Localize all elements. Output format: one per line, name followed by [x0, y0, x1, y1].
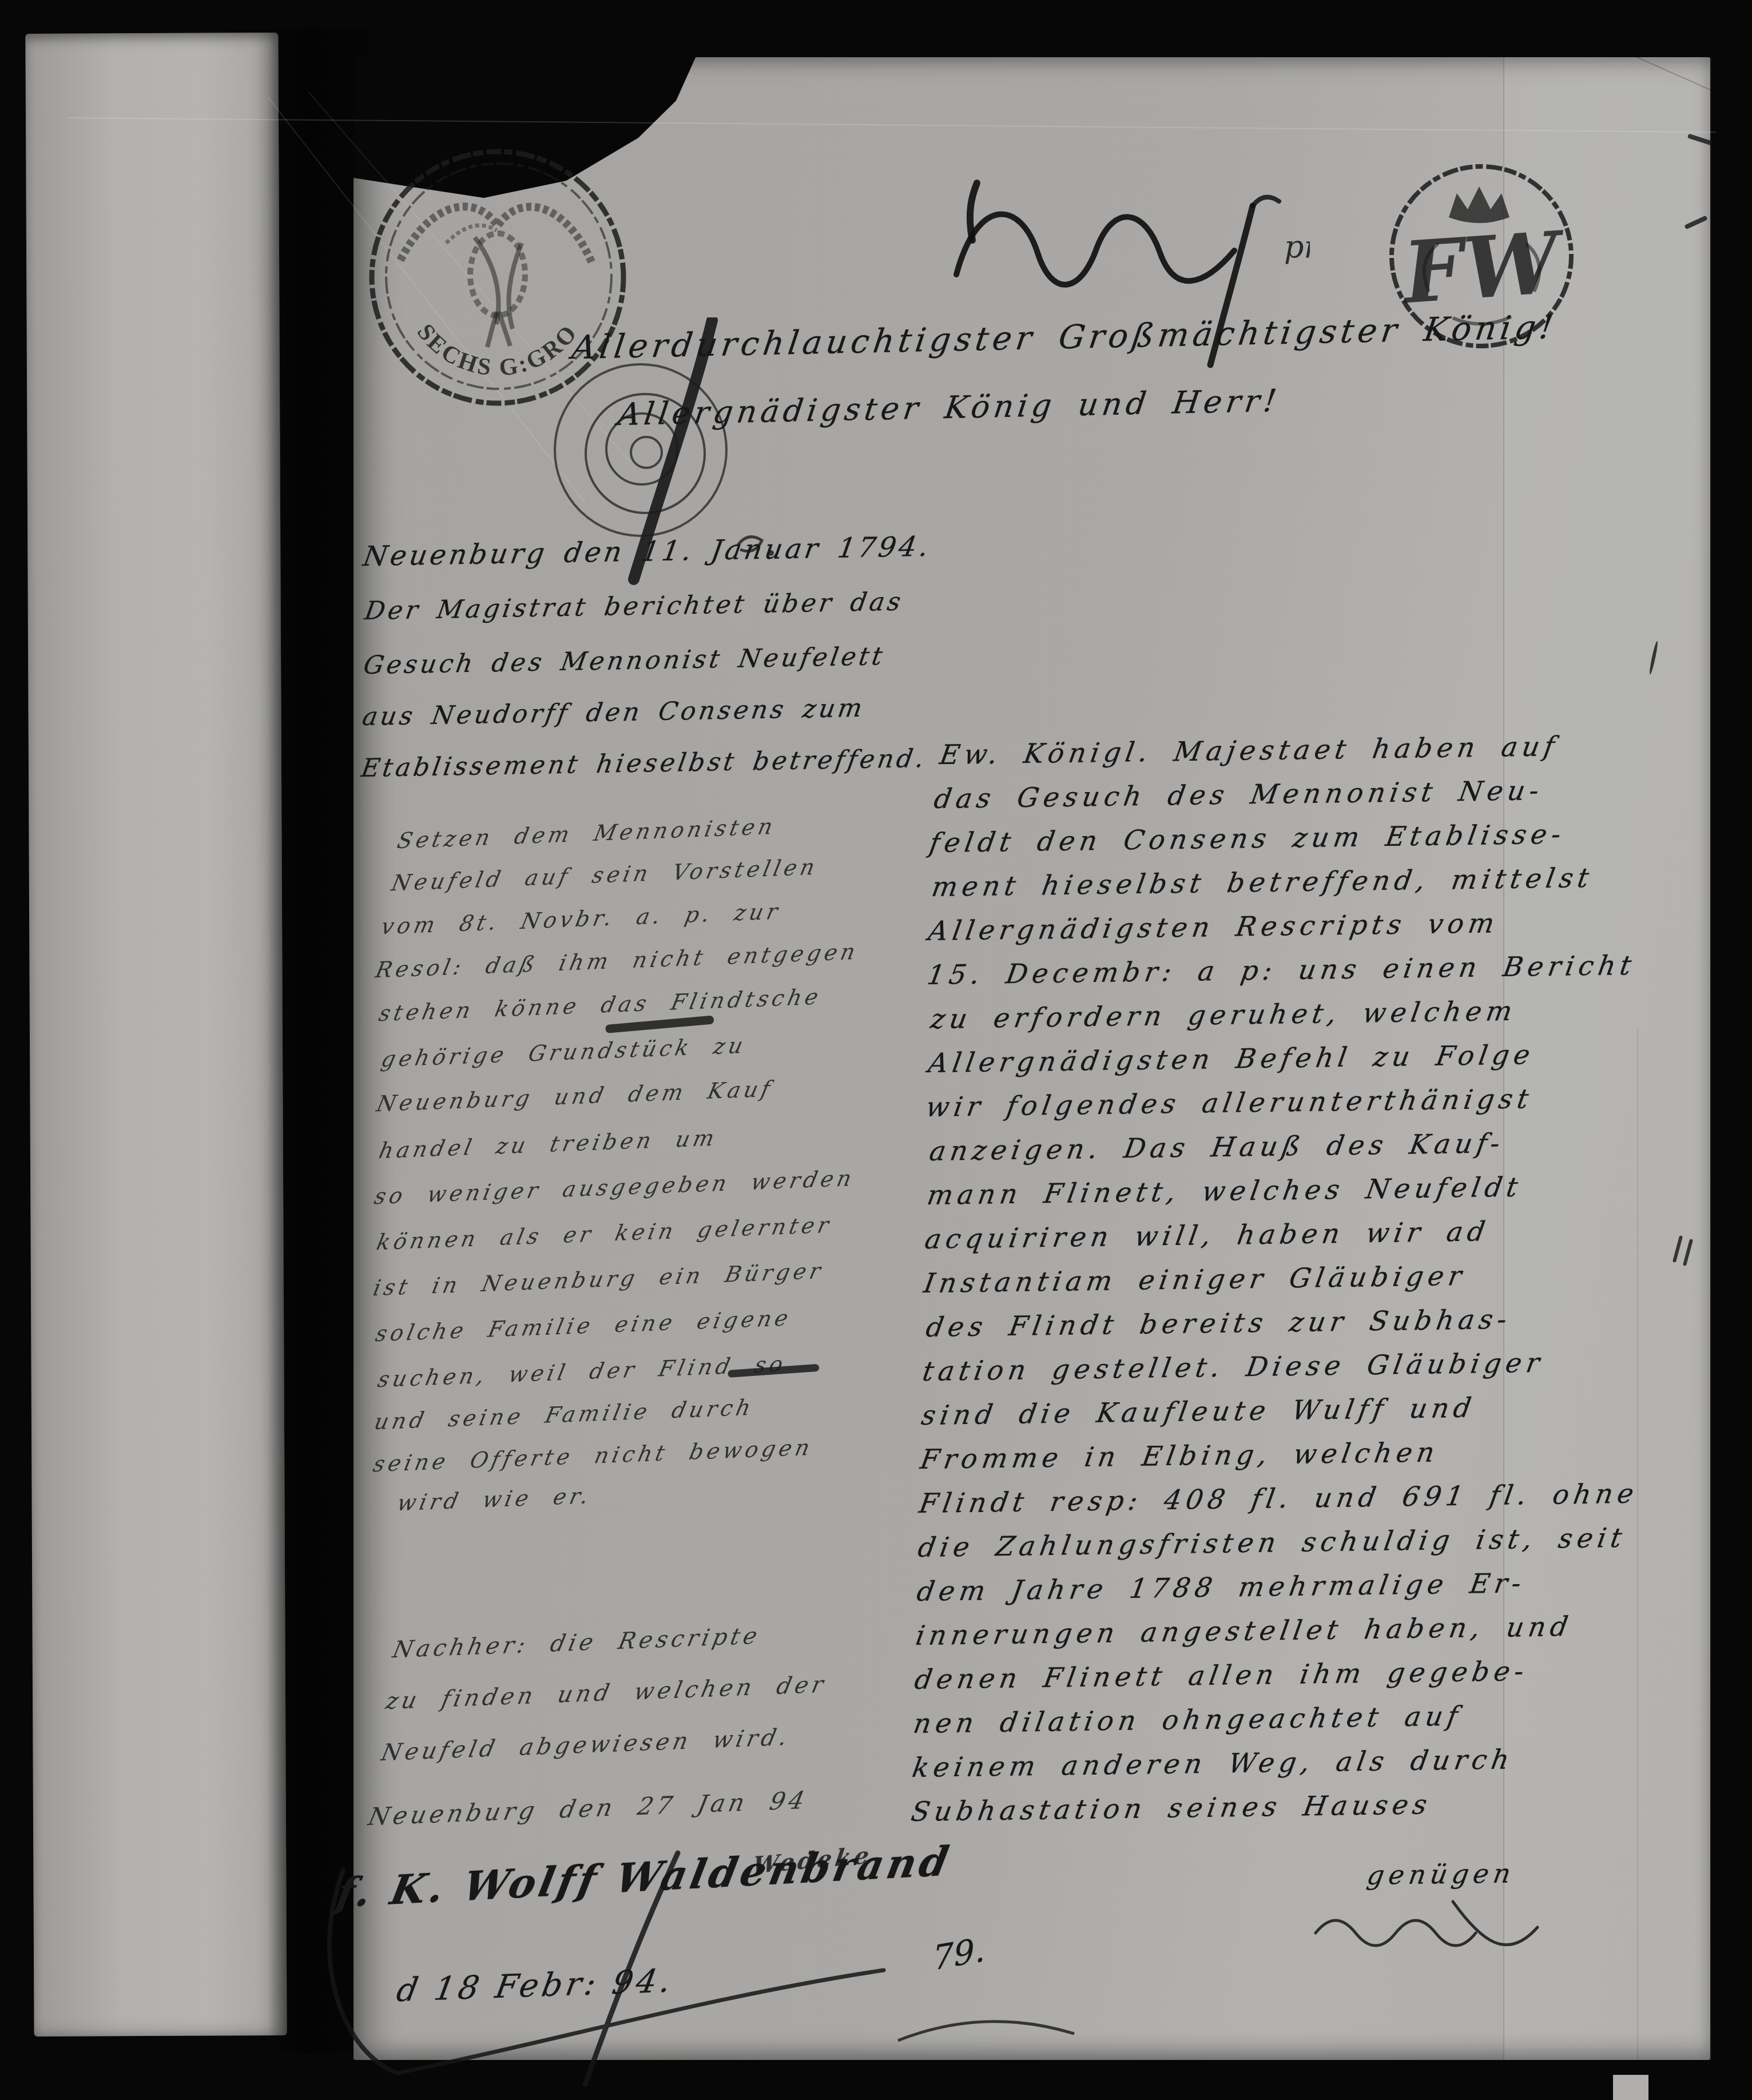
signature-flourish [312, 1847, 918, 2093]
document-scan: SECHS G:GROSCHEN FW p [0, 0, 1752, 2100]
paraph-text: pr [1284, 229, 1310, 265]
paper-tab [1613, 2075, 1648, 2100]
binding-gutter-shadow [268, 29, 368, 2053]
closing-word: genügen [1365, 1858, 1517, 1891]
fold-crease [1637, 1029, 1638, 2059]
folio-underline [892, 2000, 1081, 2058]
closing-flourish [1304, 1893, 1550, 1979]
facing-page-edge [25, 33, 287, 2037]
fold-band [1503, 57, 1711, 2060]
